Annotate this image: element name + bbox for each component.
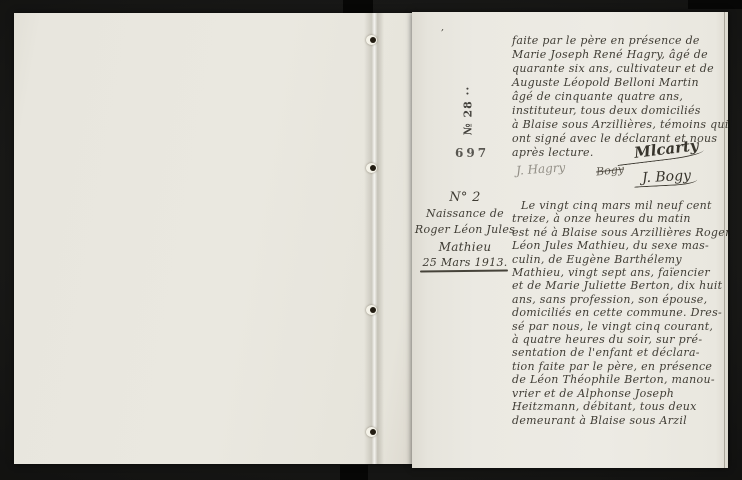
signature-flourish-lower: J. Bogy bbox=[642, 168, 692, 187]
margin-note-line: Roger Léon Jules bbox=[414, 222, 516, 238]
manuscript-line: instituteur, tous deux domiciliés bbox=[512, 104, 728, 118]
margin-note-line: Naissance de bbox=[414, 206, 516, 222]
margin-act-title: N° 2Naissance deRoger Léon JulesMathieu2… bbox=[414, 190, 516, 271]
manuscript-line: est né à Blaise sous Arzillières Roger bbox=[512, 226, 728, 239]
manuscript-line: de Léon Théophile Berton, manou- bbox=[512, 373, 728, 386]
manuscript-line: Léon Jules Mathieu, du sexe mas- bbox=[512, 239, 728, 252]
manuscript-line: sé par nous, le vingt cinq courant, bbox=[512, 320, 728, 333]
left-blank-page bbox=[14, 13, 412, 464]
background-tape-mark-bottom bbox=[340, 465, 368, 480]
manuscript-line: Heitzmann, débitant, tous deux bbox=[512, 400, 728, 413]
page-edge-rule bbox=[724, 12, 725, 468]
manuscript-line: domiciliés en cette commune. Dres- bbox=[512, 306, 728, 319]
manuscript-line: Auguste Léopold Belloni Martin bbox=[512, 76, 728, 90]
manuscript-line: et de Marie Juliette Berton, dix huit bbox=[512, 279, 728, 292]
binding-hole bbox=[366, 305, 377, 315]
manuscript-line: ans, sans profession, son épouse, bbox=[512, 293, 728, 306]
folio-number-stamp: № 28 ·· bbox=[462, 77, 475, 145]
margin-note-line: Mathieu bbox=[414, 239, 516, 255]
manuscript-line: sentation de l'enfant et déclara- bbox=[512, 346, 728, 359]
manuscript-line: quarante six ans, cultivateur et de bbox=[512, 62, 728, 76]
binding-crease bbox=[364, 13, 384, 464]
background-dark-corner bbox=[688, 0, 742, 9]
margin-note-line: 25 Mars 1913. bbox=[414, 255, 516, 271]
manuscript-line: à Blaise sous Arzillières, témoins qui bbox=[512, 118, 728, 132]
manuscript-line: âgé de cinquante quatre ans, bbox=[512, 90, 728, 104]
manuscript-line: à quatre heures du soir, sur pré- bbox=[512, 333, 728, 346]
ink-speck: ‚ bbox=[441, 23, 444, 33]
binding-hole bbox=[366, 163, 377, 173]
manuscript-line: Mathieu, vingt sept ans, faïencier bbox=[512, 266, 728, 279]
binding-hole bbox=[366, 427, 377, 437]
register-scan: { "colors": { "background": "#1a1a18", "… bbox=[0, 0, 742, 480]
manuscript-line: demeurant à Blaise sous Arzil bbox=[512, 414, 728, 427]
binding-hole bbox=[366, 35, 377, 45]
manuscript-line: faite par le père en présence de bbox=[512, 34, 728, 48]
right-manuscript-page: ‚ № 28 ·· 697 N° 2Naissance deRoger Léon… bbox=[412, 12, 728, 468]
margin-note-line: N° 2 bbox=[414, 190, 516, 206]
manuscript-line: Le vingt cinq mars mil neuf cent bbox=[512, 199, 728, 212]
background-tape-mark-top bbox=[343, 0, 373, 14]
manuscript-line: culin, de Eugène Barthélemy bbox=[512, 253, 728, 266]
manuscript-line: Marie Joseph René Hagry, âgé de bbox=[512, 48, 728, 62]
manuscript-line: treize, à onze heures du matin bbox=[512, 212, 728, 225]
birth-act-text: Le vingt cinq mars mil neuf centtreize, … bbox=[512, 199, 728, 427]
signature-hagry: J. Hagry bbox=[516, 160, 566, 177]
margin-note-underline bbox=[420, 270, 508, 273]
manuscript-line: tion faite par le père, en présence bbox=[512, 360, 728, 373]
archive-number-stamp: 697 bbox=[455, 146, 489, 160]
manuscript-line: vrier et de Alphonse Joseph bbox=[512, 387, 728, 400]
